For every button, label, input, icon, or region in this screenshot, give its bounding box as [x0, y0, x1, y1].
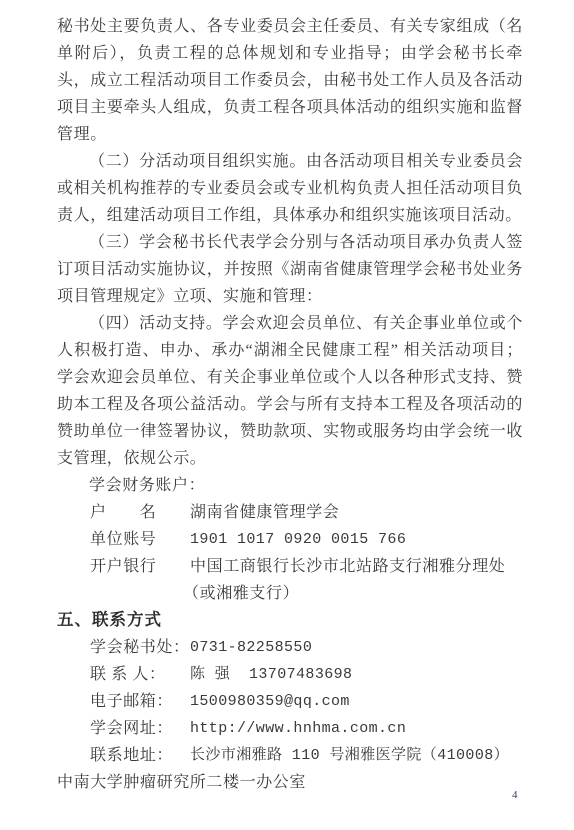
body-paragraph-item3: （三）学会秘书长代表学会分别与各活动项目承办负责人签订项目活动实施协议，并按照《… [57, 229, 523, 310]
contact-row-person: 联 系 人： 陈 强 13707483698 [57, 661, 523, 688]
body-paragraph-item2: （二）分活动项目组织实施。由各活动项目相关专业委员会或相关机构推荐的专业委员会或… [57, 148, 523, 229]
account-row-name: 户 名 湖南省健康管理学会 [57, 499, 523, 526]
contact-row-address: 联系地址： 长沙市湘雅路 110 号湘雅医学院（410008） [57, 742, 523, 769]
account-row-bank: 开户银行 中国工商银行长沙市北站路支行湘雅分理处 [57, 553, 523, 580]
contact-secretariat-label: 学会秘书处： [90, 634, 190, 661]
finance-account-intro: 学会财务账户： [57, 472, 523, 499]
contact-address-value: 长沙市湘雅路 110 号湘雅医学院（410008） [190, 742, 509, 769]
contact-row-email: 电子邮箱： 1500980359@qq.com [57, 688, 523, 715]
account-bank-value: 中国工商银行长沙市北站路支行湘雅分理处 [190, 553, 505, 580]
account-name-value: 湖南省健康管理学会 [190, 499, 339, 526]
contact-website-label: 学会网址： [90, 715, 190, 742]
body-paragraph-item4: （四）活动支持。学会欢迎会员单位、有关企事业单位或个人积极打造、申办、承办“湖湘… [57, 310, 523, 472]
account-bank-note: （或湘雅支行） [183, 580, 299, 607]
document-content: 秘书处主要负责人、各专业委员会主任委员、有关专家组成（名单附后），负责工程的总体… [57, 13, 523, 796]
body-paragraph-continuation: 秘书处主要负责人、各专业委员会主任委员、有关专家组成（名单附后），负责工程的总体… [57, 13, 523, 148]
contact-row-secretariat: 学会秘书处： 0731-82258550 [57, 634, 523, 661]
account-row-number: 单位账号 1901 1017 0920 0015 766 [57, 526, 523, 553]
contact-person-value: 陈 强 13707483698 [190, 661, 352, 688]
account-row-bank-note: （或湘雅支行） [57, 580, 523, 607]
section-heading-contact: 五、联系方式 [57, 607, 523, 634]
account-number-value: 1901 1017 0920 0015 766 [190, 526, 406, 553]
account-bank-label: 开户银行 [90, 553, 190, 580]
contact-email-value: 1500980359@qq.com [190, 688, 350, 715]
contact-secretariat-phone: 0731-82258550 [190, 634, 312, 661]
contact-address-line2: 中南大学肿瘤研究所二楼一办公室 [57, 769, 523, 796]
account-name-label: 户 名 [90, 499, 190, 526]
contact-address-label: 联系地址： [90, 742, 190, 769]
contact-row-website: 学会网址： http://www.hnhma.com.cn [57, 715, 523, 742]
contact-email-label: 电子邮箱： [90, 688, 190, 715]
contact-website-value: http://www.hnhma.com.cn [190, 715, 406, 742]
page-number: 4 [512, 789, 518, 801]
contact-person-label: 联 系 人： [90, 661, 190, 688]
account-number-label: 单位账号 [90, 526, 190, 553]
account-bank-note-spacer [90, 580, 190, 607]
document-page: 秘书处主要负责人、各专业委员会主任委员、有关专家组成（名单附后），负责工程的总体… [0, 0, 574, 830]
